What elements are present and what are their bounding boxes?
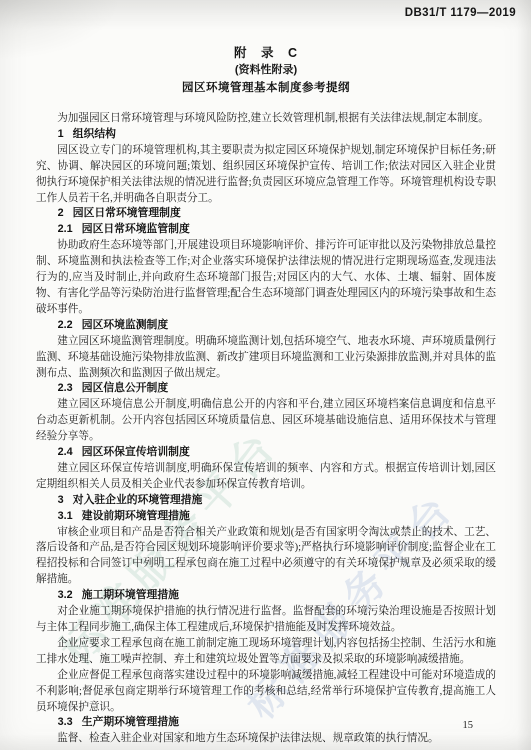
section-heading: 2园区日常环境管理制度 — [36, 206, 496, 222]
section-title: 组织结构 — [73, 128, 116, 140]
section-number: 1 — [58, 128, 64, 140]
section-title: 对入驻企业的环境管理措施 — [73, 494, 203, 506]
document-content: 附 录 C (资料性附录) 园区环境管理基本制度参考提纲 为加强园区日常环境管理… — [36, 44, 496, 747]
section-heading: 3.1建设前期环境管理措施 — [36, 509, 496, 525]
page-number: 15 — [463, 720, 474, 731]
section-number: 2.2 — [58, 319, 73, 331]
section-heading: 3.2施工期环境管理措施 — [36, 588, 496, 604]
appendix-note: (资料性附录) — [36, 62, 496, 79]
section-number: 2.1 — [58, 223, 73, 235]
body-paragraph: 为加强园区日常环境管理与环境风险防控,建立长效管理机制,根据有关法律法规,制定本… — [36, 111, 496, 127]
section-heading: 3对入驻企业的环境管理措施 — [36, 493, 496, 509]
body-paragraph: 园区设立专门的环境管理机构,其主要职责为拟定园区环境保护规划,制定环境保护目标任… — [36, 143, 496, 207]
section-heading: 2.2园区环境监测制度 — [36, 318, 496, 334]
section-number: 3.2 — [58, 589, 73, 601]
body-paragraph: 建立园区环保宣传培训制度,明确环保宣传培训的频率、内容和方式。根据宣传培训计划,… — [36, 461, 496, 493]
appendix-title: 园区环境管理基本制度参考提纲 — [36, 79, 496, 97]
body-paragraph: 建立园区环境监测管理制度。明确环境监测计划,包括环境空气、地表水环境、声环境质量… — [36, 334, 496, 382]
body-paragraph: 监督、检查入驻企业对国家和地方生态环境保护法律法规、规章政策的执行情况。 — [36, 731, 496, 747]
section-heading: 2.1园区日常环境监管制度 — [36, 222, 496, 238]
section-number: 3.3 — [58, 716, 73, 728]
section-number: 3.1 — [58, 510, 73, 522]
appendix-label: 附 录 C — [36, 44, 496, 62]
section-number: 2 — [58, 207, 64, 219]
section-title: 园区环境监测制度 — [82, 319, 168, 331]
standard-number: DB31/T 1179—2019 — [405, 7, 516, 19]
section-number: 2.3 — [58, 382, 73, 394]
section-title: 园区环保宣传培训制度 — [82, 446, 190, 458]
section-title: 园区日常环境监管制度 — [82, 223, 190, 235]
body-paragraph: 建立园区环境信息公开制度,明确信息公开的内容和平台,建立园区环境档案信息调度和信… — [36, 397, 496, 445]
section-heading: 2.4园区环保宣传培训制度 — [36, 445, 496, 461]
section-title: 园区日常环境管理制度 — [73, 207, 181, 219]
scan-shadow — [517, 0, 531, 750]
section-heading: 1组织结构 — [36, 127, 496, 143]
section-number: 2.4 — [58, 446, 73, 458]
body-paragraph: 协助政府生态环境等部门,开展建设项目环境影响评价、排污许可证审批以及污染物排放总… — [36, 238, 496, 318]
body-paragraph: 企业应督促工程承包商落实建设过程中的环境影响减缓措施,减轻工程建设中可能对环境造… — [36, 668, 496, 716]
section-heading: 3.3生产期环境管理措施 — [36, 715, 496, 731]
section-heading: 2.3园区信息公开制度 — [36, 381, 496, 397]
body-paragraph: 对企业施工期环境保护措施的执行情况进行监督。监督配套的环境污染治理设施是否按照计… — [36, 604, 496, 636]
section-title: 园区信息公开制度 — [82, 382, 168, 394]
section-title: 施工期环境管理措施 — [82, 589, 179, 601]
document-page: 标准服务平台 标准服务平台 DB31/T 1179—2019 附 录 C (资料… — [0, 0, 531, 750]
section-title: 生产期环境管理措施 — [82, 716, 179, 728]
section-title: 建设前期环境管理措施 — [82, 510, 190, 522]
section-number: 3 — [58, 494, 64, 506]
body-paragraph: 审核企业项目和产品是否符合相关产业政策和规划(是否有国家明令淘汰或禁止的技术、工… — [36, 525, 496, 589]
body-paragraph: 企业应要求工程承包商在施工前制定施工现场环境管理计划,内容包括扬尘控制、生活污水… — [36, 636, 496, 668]
